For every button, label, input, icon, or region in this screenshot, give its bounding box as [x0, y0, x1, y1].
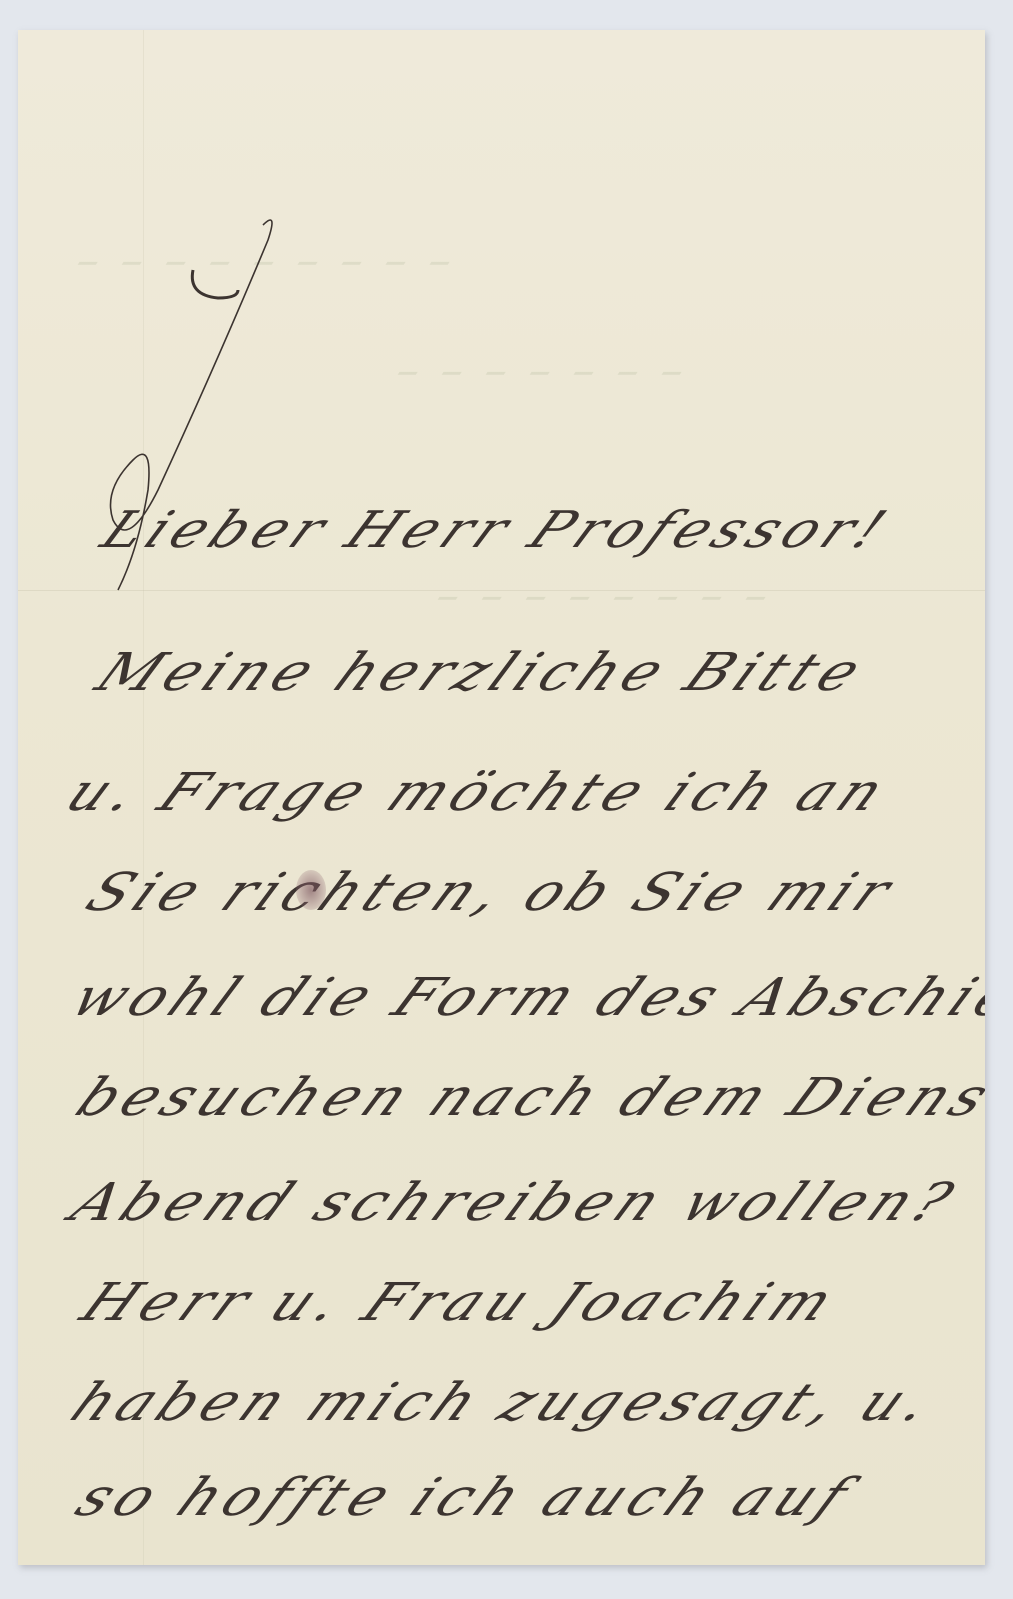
bleed-through-text: – – – – – – – – [426, 570, 784, 621]
letter-line-7: Herr u. Frau Joachim [73, 1276, 848, 1328]
bleed-through-text: – – – – – – – [386, 345, 700, 396]
letter-line-3: Sie richten, ob Sie mir [78, 866, 906, 918]
letter-line-1: Meine herzliche Bitte [88, 646, 876, 698]
letter-line-5: besuchen nach dem Dienstag [68, 1071, 985, 1123]
letter-paper: – – – – – – – – – – – – – – – – – – – – … [18, 30, 985, 1565]
letter-line-6: Abend schreiben wollen? [63, 1176, 967, 1228]
letter-line-8: haben mich zugesagt, u. [63, 1376, 947, 1428]
letter-line-4: wohl die Form des Abschieds [63, 971, 985, 1023]
letter-line-2: u. Frage möchte ich an [58, 766, 899, 818]
letter-line-9: so hoffte ich auch auf [68, 1471, 863, 1523]
ink-blot [296, 870, 326, 910]
salutation: Lieber Herr Professor! [93, 506, 899, 556]
